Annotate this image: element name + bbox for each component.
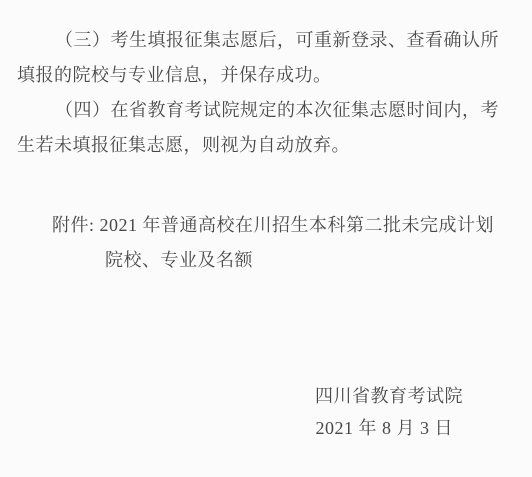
clause-four-line-2: 生若未填报征集志愿，则视为自动放弃。 — [17, 128, 495, 163]
attachment-line-2: 院校、专业及名额 — [17, 243, 495, 278]
clause-three-line-2: 填报的院校与专业信息，并保存成功。 — [17, 58, 495, 93]
issuing-authority: 四川省教育考试院 — [17, 380, 495, 412]
issue-date: 2021 年 8 月 3 日 — [17, 412, 495, 444]
clause-four-paragraph: （四）在省教育考试院规定的本次征集志愿时间内，考 生若未填报征集志愿，则视为自动… — [17, 93, 495, 163]
clause-four-line-1: （四）在省教育考试院规定的本次征集志愿时间内，考 — [17, 93, 495, 128]
clause-three-line-1: （三）考生填报征集志愿后，可重新登录、查看确认所 — [17, 23, 495, 58]
signature-block: 四川省教育考试院 2021 年 8 月 3 日 — [17, 380, 495, 444]
attachment-paragraph: 附件: 2021 年普通高校在川招生本科第二批未完成计划 院校、专业及名额 — [17, 208, 495, 278]
document-page: （三）考生填报征集志愿后，可重新登录、查看确认所 填报的院校与专业信息，并保存成… — [0, 0, 532, 477]
attachment-line-1: 附件: 2021 年普通高校在川招生本科第二批未完成计划 — [17, 208, 495, 243]
clause-three-paragraph: （三）考生填报征集志愿后，可重新登录、查看确认所 填报的院校与专业信息，并保存成… — [17, 23, 495, 93]
